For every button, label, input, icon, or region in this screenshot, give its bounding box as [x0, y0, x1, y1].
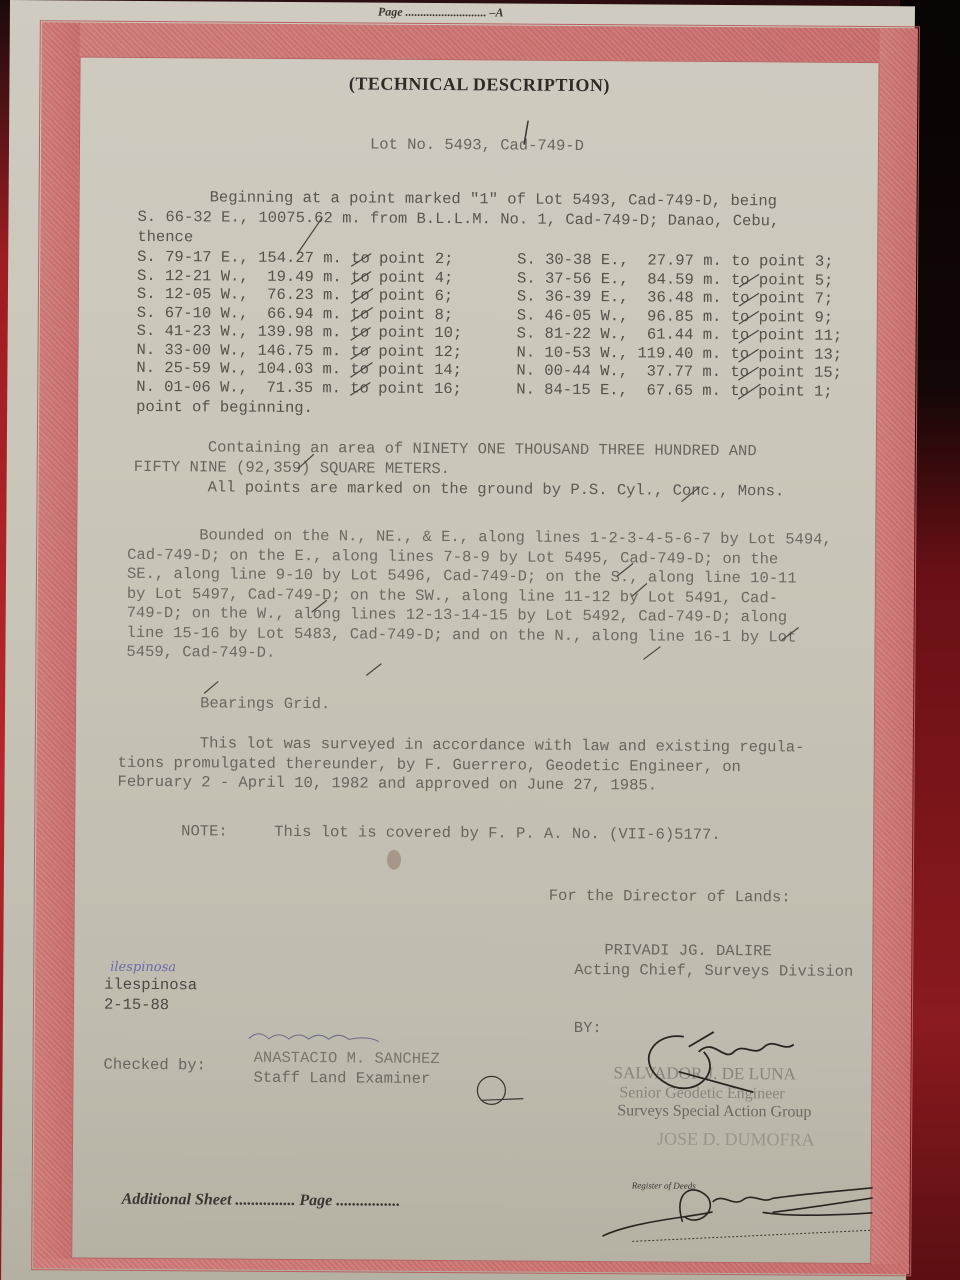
- point-of-beginning: point of beginning.: [136, 398, 313, 419]
- lot-number: Lot No. 5493, Cad-749-D: [370, 136, 584, 157]
- director-title: Acting Chief, Surveys Division: [574, 961, 853, 982]
- page-label: Page ........................... –A: [378, 5, 504, 21]
- note-line: NOTE: This lot is covered by F. P. A. No…: [181, 822, 721, 845]
- document-title: (TECHNICAL DESCRIPTION): [80, 72, 878, 97]
- ink-stain: [387, 850, 401, 870]
- checker-title: Staff Land Examiner: [253, 1069, 430, 1090]
- course-item: N. 01-06 W., 71.35 m. to point 16;: [136, 377, 516, 398]
- handwritten-initials: ilespinosa: [110, 958, 176, 978]
- course-row: N. 01-06 W., 71.35 m. to point 16; N. 84…: [136, 377, 896, 401]
- signer-name: SALVADOR J. DE LUNA: [613, 1063, 795, 1084]
- boundaries-paragraph: Bounded on the N., NE., & E., along line…: [126, 526, 897, 668]
- area-line-2: FIFTY NINE (92,359) SQUARE METERS.: [134, 458, 450, 480]
- bearings-note: Bearings Grid.: [200, 694, 330, 714]
- signer-title-2: Surveys Special Action Group: [617, 1101, 811, 1122]
- director-name: PRIVADI JG. DALIRE: [604, 941, 772, 962]
- typed-initials: ilespinosa: [104, 976, 197, 996]
- by-label: BY:: [574, 1019, 602, 1039]
- checked-by-label: Checked by:: [103, 1056, 205, 1076]
- additional-sheet-label: Additional Sheet ............... Page ..…: [122, 1191, 401, 1211]
- second-signer-name: JOSE D. DUMOFRA: [657, 1130, 815, 1151]
- beginning-line-2: S. 66-32 E., 10075.62 m. from B.L.L.M. N…: [137, 208, 779, 232]
- document-sheet: Page ........................... –A (TEC…: [1, 0, 915, 1280]
- courses-table: S. 79-17 E., 154.27 m. to point 2; S. 30…: [136, 248, 897, 401]
- initials-date: 2-15-88: [104, 996, 169, 1016]
- survey-paragraph: This lot was surveyed in accordance with…: [117, 734, 804, 797]
- monument-marking: All points are marked on the ground by P…: [208, 478, 785, 502]
- register-of-deeds-label: Register of Deeds: [632, 1180, 696, 1190]
- document-body: (TECHNICAL DESCRIPTION) Lot No. 5493, Ca…: [71, 56, 879, 1264]
- beginning-line-3: thence: [137, 228, 193, 248]
- course-item: N. 84-15 E., 67.65 m. to point 1;: [516, 380, 896, 401]
- for-director-label: For the Director of Lands:: [549, 887, 791, 908]
- checker-name: ANASTACIO M. SANCHEZ: [254, 1049, 440, 1070]
